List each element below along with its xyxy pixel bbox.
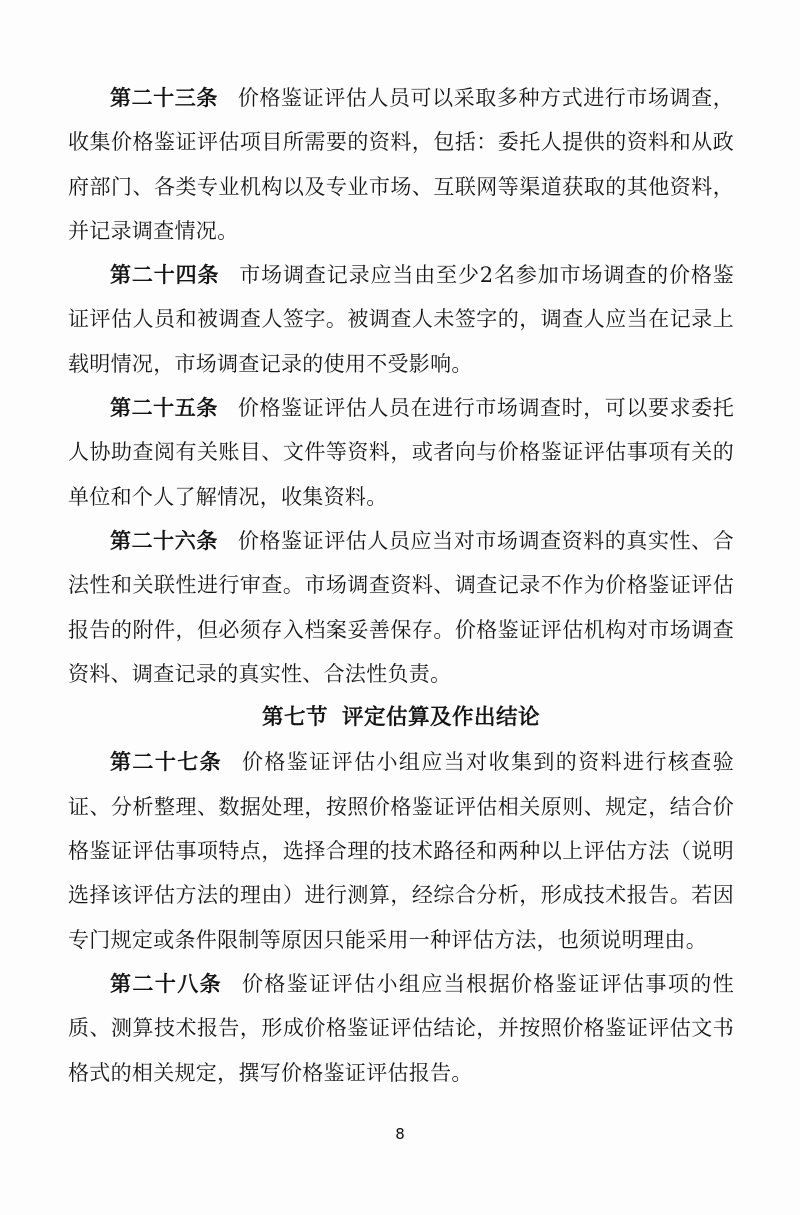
article-23-paragraph: 第二十三条价格鉴证评估人员可以采取多种方式进行市场调查，收集价格鉴证评估项目所需…	[68, 76, 734, 253]
article-25-number: 第二十五条	[110, 396, 218, 420]
article-24-paragraph: 第二十四条市场调查记录应当由至少2名参加市场调查的价格鉴证评估人员和被调查人签字…	[68, 253, 734, 386]
page-number: 8	[395, 1125, 405, 1143]
article-24-number: 第二十四条	[110, 263, 219, 287]
document-page: 第二十三条价格鉴证评估人员可以采取多种方式进行市场调查，收集价格鉴证评估项目所需…	[0, 0, 800, 1215]
page-footer: 8	[0, 1124, 800, 1143]
article-28-paragraph: 第二十八条价格鉴证评估小组应当根据价格鉴证评估事项的性质、测算技术报告，形成价格…	[68, 962, 734, 1095]
section-title: 评定估算及作出结论	[342, 705, 540, 730]
section-label: 第七节	[262, 705, 328, 730]
article-28-number: 第二十八条	[110, 972, 222, 996]
article-27-paragraph: 第二十七条价格鉴证评估小组应当对收集到的资料进行核查验证、分析整理、数据处理，按…	[68, 740, 734, 961]
article-27-text: 价格鉴证评估小组应当对收集到的资料进行核查验证、分析整理、数据处理，按照价格鉴证…	[68, 750, 734, 951]
article-27-number: 第二十七条	[110, 750, 222, 774]
article-23-number: 第二十三条	[110, 86, 218, 110]
article-26-paragraph: 第二十六条价格鉴证评估人员应当对市场调查资料的真实性、合法性和关联性进行审查。市…	[68, 519, 734, 696]
section-heading: 第七节评定估算及作出结论	[68, 696, 734, 740]
article-25-paragraph: 第二十五条价格鉴证评估人员在进行市场调查时，可以要求委托人协助查阅有关账目、文件…	[68, 386, 734, 519]
article-26-number: 第二十六条	[110, 529, 218, 553]
document-content: 第二十三条价格鉴证评估人员可以采取多种方式进行市场调查，收集价格鉴证评估项目所需…	[68, 76, 734, 1095]
